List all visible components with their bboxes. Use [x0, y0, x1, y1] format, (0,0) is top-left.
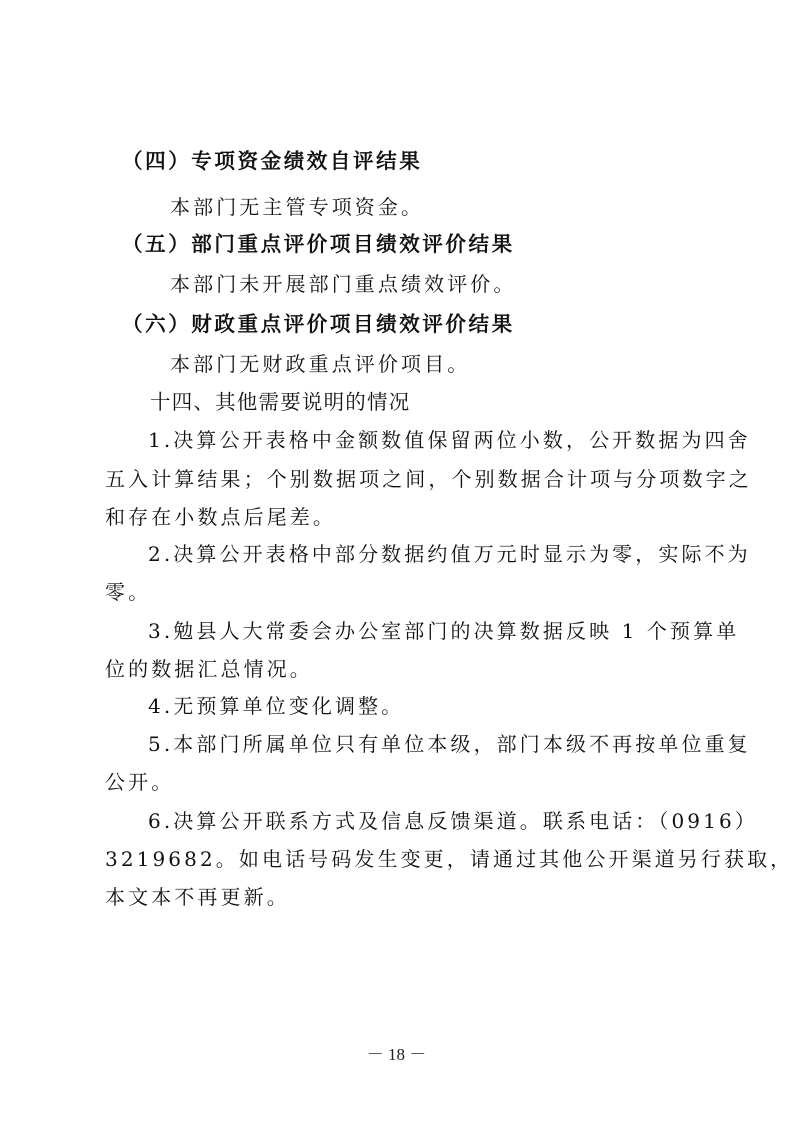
- note-6-line-2: 3219682。如电话号码发生变更，请通过其他公开渠道另行获取，: [105, 847, 793, 871]
- note-6-line-1: 6.决算公开联系方式及信息反馈渠道。联系电话：（0916）: [148, 809, 758, 833]
- subsection-heading-5: （五）部门重点评价项目绩效评价结果: [122, 232, 515, 256]
- subsection-body-5: 本部门未开展部门重点绩效评价。: [170, 272, 517, 296]
- note-2-line-1: 2.决算公开表格中部分数据约值万元时显示为零，实际不为: [148, 542, 751, 566]
- note-1-line-3: 和存在小数点后尾差。: [105, 505, 336, 529]
- note-6-line-3: 本文本不再更新。: [105, 885, 290, 909]
- document-page: （四）专项资金绩效自评结果 本部门无主管专项资金。 （五）部门重点评价项目绩效评…: [0, 0, 793, 1122]
- page-number: － 18 －: [0, 1040, 793, 1065]
- subsection-body-4: 本部门无主管专项资金。: [170, 195, 424, 219]
- subsection-heading-4: （四）专项资金绩效自评结果: [122, 149, 422, 173]
- note-3-line-2: 位的数据汇总情况。: [105, 657, 313, 681]
- note-5-line-2: 公开。: [105, 770, 174, 794]
- note-3-line-1: 3.勉县人大常委会办公室部门的决算数据反映 1 个预算单: [148, 619, 739, 643]
- note-4-line-1: 4.无预算单位变化调整。: [148, 694, 404, 718]
- note-1-line-1: 1.决算公开表格中金额数值保留两位小数，公开数据为四舍: [148, 428, 751, 452]
- note-5-line-1: 5.本部门所属单位只有单位本级，部门本级不再按单位重复: [148, 732, 751, 756]
- note-2-line-2: 零。: [105, 580, 151, 604]
- subsection-body-6: 本部门无财政重点评价项目。: [170, 352, 470, 376]
- note-1-line-2: 五入计算结果；个别数据项之间，个别数据合计项与分项数字之: [105, 467, 752, 491]
- subsection-heading-6: （六）财政重点评价项目绩效评价结果: [122, 312, 515, 336]
- chapter-heading: 十四、其他需要说明的情况: [150, 390, 410, 414]
